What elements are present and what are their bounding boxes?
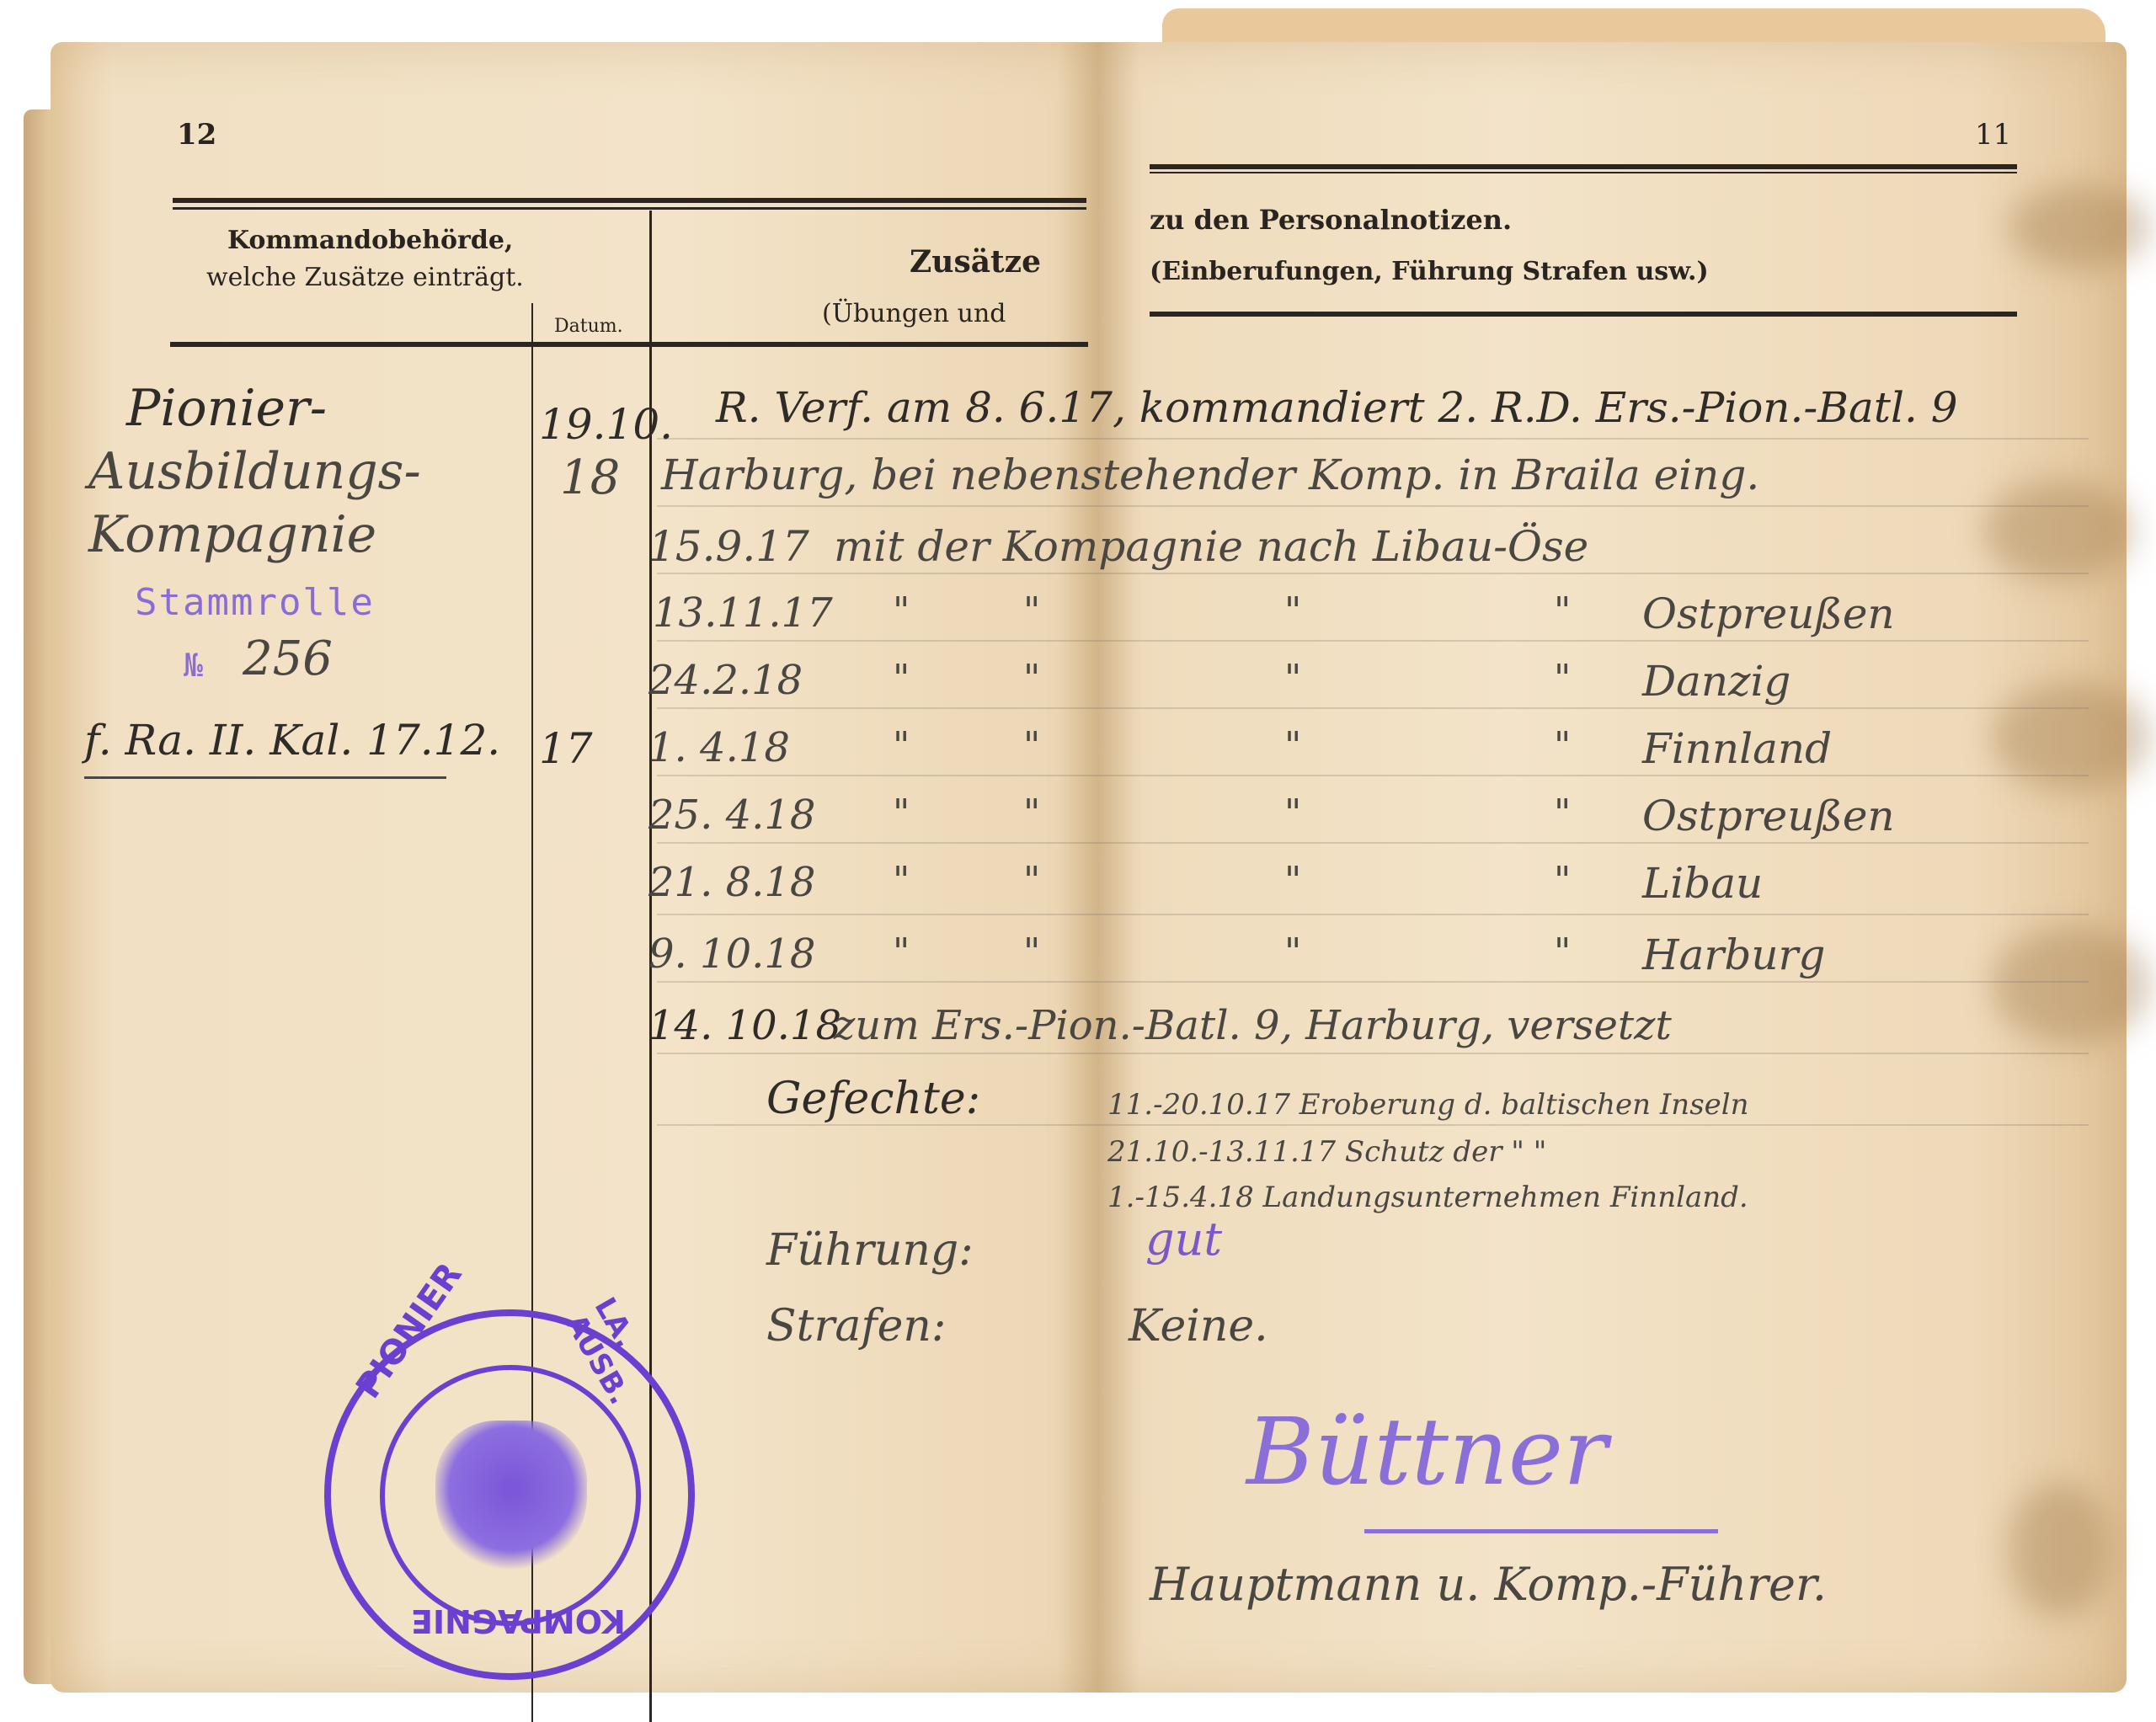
ditto-mark: ": [1284, 589, 1301, 632]
ditto-mark: ": [1023, 589, 1040, 632]
header-bottom-rule: [170, 342, 1088, 347]
open-military-passbook: 12 Kommandobehörde, welche Zusätze eintr…: [0, 0, 2156, 1722]
ditto-mark: ": [1284, 657, 1301, 700]
page-number-right: 11: [1975, 118, 2011, 152]
fuehrung-label: Führung:: [766, 1225, 974, 1276]
entry-date: 25. 4.18: [648, 792, 815, 839]
water-stain: [2009, 185, 2152, 269]
entry-date: 1. 4.18: [648, 724, 790, 771]
right-header-top-rule: [1150, 164, 2017, 169]
entry-place: Ostpreußen: [1642, 792, 1895, 840]
authority-line-1: Pionier-: [126, 379, 327, 438]
col-date-header: Datum.: [554, 316, 623, 337]
entry-intro-line-2: Harburg, bei nebenstehender Komp. in Bra…: [661, 450, 1759, 499]
pionier-kompagnie-seal: PIONIER LA. AUSB. KOMPAGNIE: [324, 1309, 695, 1680]
entry-place: Finnland: [1642, 724, 1832, 773]
header-top-rule-thin: [173, 207, 1086, 210]
strafen-value: Keine.: [1129, 1301, 1268, 1351]
ditto-mark: ": [1023, 792, 1040, 834]
ruled-line: [657, 775, 2089, 776]
ruled-line: [657, 640, 2089, 642]
gefecht-entry: 1.-15.4.18 Landungsunternehmen Finnland.: [1107, 1181, 1748, 1214]
signature-underline: [1364, 1529, 1718, 1533]
authority-date-day-month: 19.10.: [539, 400, 673, 449]
entry-place: Libau: [1642, 859, 1763, 908]
entry-text: zum Ers.-Pion.-Batl. 9, Harburg, versetz…: [834, 1002, 1672, 1049]
authority-reference: f. Ra. II. Kal. 17.12.: [84, 716, 500, 765]
right-header-line-1: zu den Personalnotizen.: [1150, 204, 1512, 236]
entry-date: 15.9.17: [648, 522, 809, 571]
strafen-label: Strafen:: [766, 1301, 946, 1351]
right-header-bottom-rule: [1150, 312, 2017, 317]
ditto-mark: ": [1023, 930, 1040, 973]
ditto-mark: ": [893, 792, 910, 834]
authority-line-2: Ausbildungs-: [88, 442, 421, 501]
col-authority-header: Kommandobehörde,: [227, 226, 513, 255]
fuehrung-value: gut: [1145, 1213, 1222, 1266]
ditto-mark: ": [1284, 724, 1301, 767]
ruled-line: [657, 842, 2089, 844]
water-stain: [2009, 1482, 2110, 1617]
gefecht-entry: 11.-20.10.17 Eroberung d. baltischen Ins…: [1107, 1088, 1749, 1122]
stammrolle-stamp: Stammrolle: [135, 581, 375, 624]
signer-title: Hauptmann u. Komp.-Führer.: [1150, 1558, 1827, 1611]
col-authority-subheader: welche Zusätze einträgt.: [206, 263, 524, 292]
entry-place: Danzig: [1642, 657, 1790, 706]
stamp-number-prefix: №: [184, 647, 205, 684]
left-page: 12 Kommandobehörde, welche Zusätze eintr…: [51, 42, 1099, 1693]
ditto-mark: ": [1554, 589, 1571, 632]
entry-place: Ostpreußen: [1642, 589, 1895, 638]
ruled-line: [657, 573, 2089, 574]
gefechte-label: Gefechte:: [766, 1074, 980, 1124]
water-stain: [1992, 926, 2152, 1044]
seal-text-bottom: KOMPAGNIE: [411, 1602, 626, 1639]
authority-date-year: 18: [560, 450, 620, 505]
ditto-mark: ": [1284, 930, 1301, 973]
entry-date: 21. 8.18: [648, 859, 815, 906]
water-stain: [1983, 480, 2135, 581]
entry-date: 14. 10.18: [648, 1002, 841, 1049]
entry-date: 24.2.18: [648, 657, 803, 704]
entry-text: mit der Kompagnie nach Libau-Öse: [834, 522, 1588, 571]
ditto-mark: ": [893, 930, 910, 973]
entry-intro-line-1: R. Verf. am 8. 6.17, kommandiert 2. R.D.…: [716, 383, 1958, 432]
ditto-mark: ": [1554, 792, 1571, 834]
ditto-mark: ": [893, 657, 910, 700]
ruled-line: [657, 1124, 2089, 1126]
entry-place: Harburg: [1642, 930, 1825, 979]
ruled-line: [657, 981, 2089, 983]
ditto-mark: ": [1023, 657, 1040, 700]
ditto-mark: ": [893, 724, 910, 767]
header-top-rule: [173, 198, 1086, 203]
entry-date: 9. 10.18: [648, 930, 815, 978]
ruled-line: [657, 914, 2089, 915]
authority-underline: [84, 776, 446, 779]
ditto-mark: ": [1284, 792, 1301, 834]
ditto-mark: ": [1023, 724, 1040, 767]
col-additions-header: Zusätze: [910, 244, 1041, 280]
right-header-line-2: (Einberufungen, Führung Strafen usw.): [1150, 257, 1709, 286]
ditto-mark: ": [1023, 859, 1040, 902]
ditto-mark: ": [893, 859, 910, 902]
ruled-line: [657, 707, 2089, 709]
authority-line-3: Kompagnie: [88, 505, 376, 564]
ditto-mark: ": [1284, 859, 1301, 902]
page-number-left: 12: [177, 118, 216, 152]
ruled-line: [657, 438, 2089, 440]
ditto-mark: ": [893, 589, 910, 632]
seal-inner-ring: [380, 1365, 641, 1626]
reference-date-year: 17: [539, 724, 593, 773]
ditto-mark: ": [1554, 724, 1571, 767]
ditto-mark: ": [1554, 859, 1571, 902]
right-header-top-rule-thin: [1150, 172, 2017, 173]
entry-date: 13.11.17: [653, 589, 833, 637]
stammrolle-number: 256: [243, 632, 333, 686]
ruled-line: [657, 1053, 2089, 1054]
commander-signature: Büttner: [1246, 1398, 1608, 1506]
col-additions-subheader: (Übungen und: [822, 299, 1006, 328]
ditto-mark: ": [1554, 657, 1571, 700]
ditto-mark: ": [1554, 930, 1571, 973]
ruled-line: [657, 505, 2089, 507]
eagle-emblem-icon: [435, 1421, 587, 1572]
gefecht-entry: 21.10.-13.11.17 Schutz der " ": [1107, 1135, 1546, 1169]
